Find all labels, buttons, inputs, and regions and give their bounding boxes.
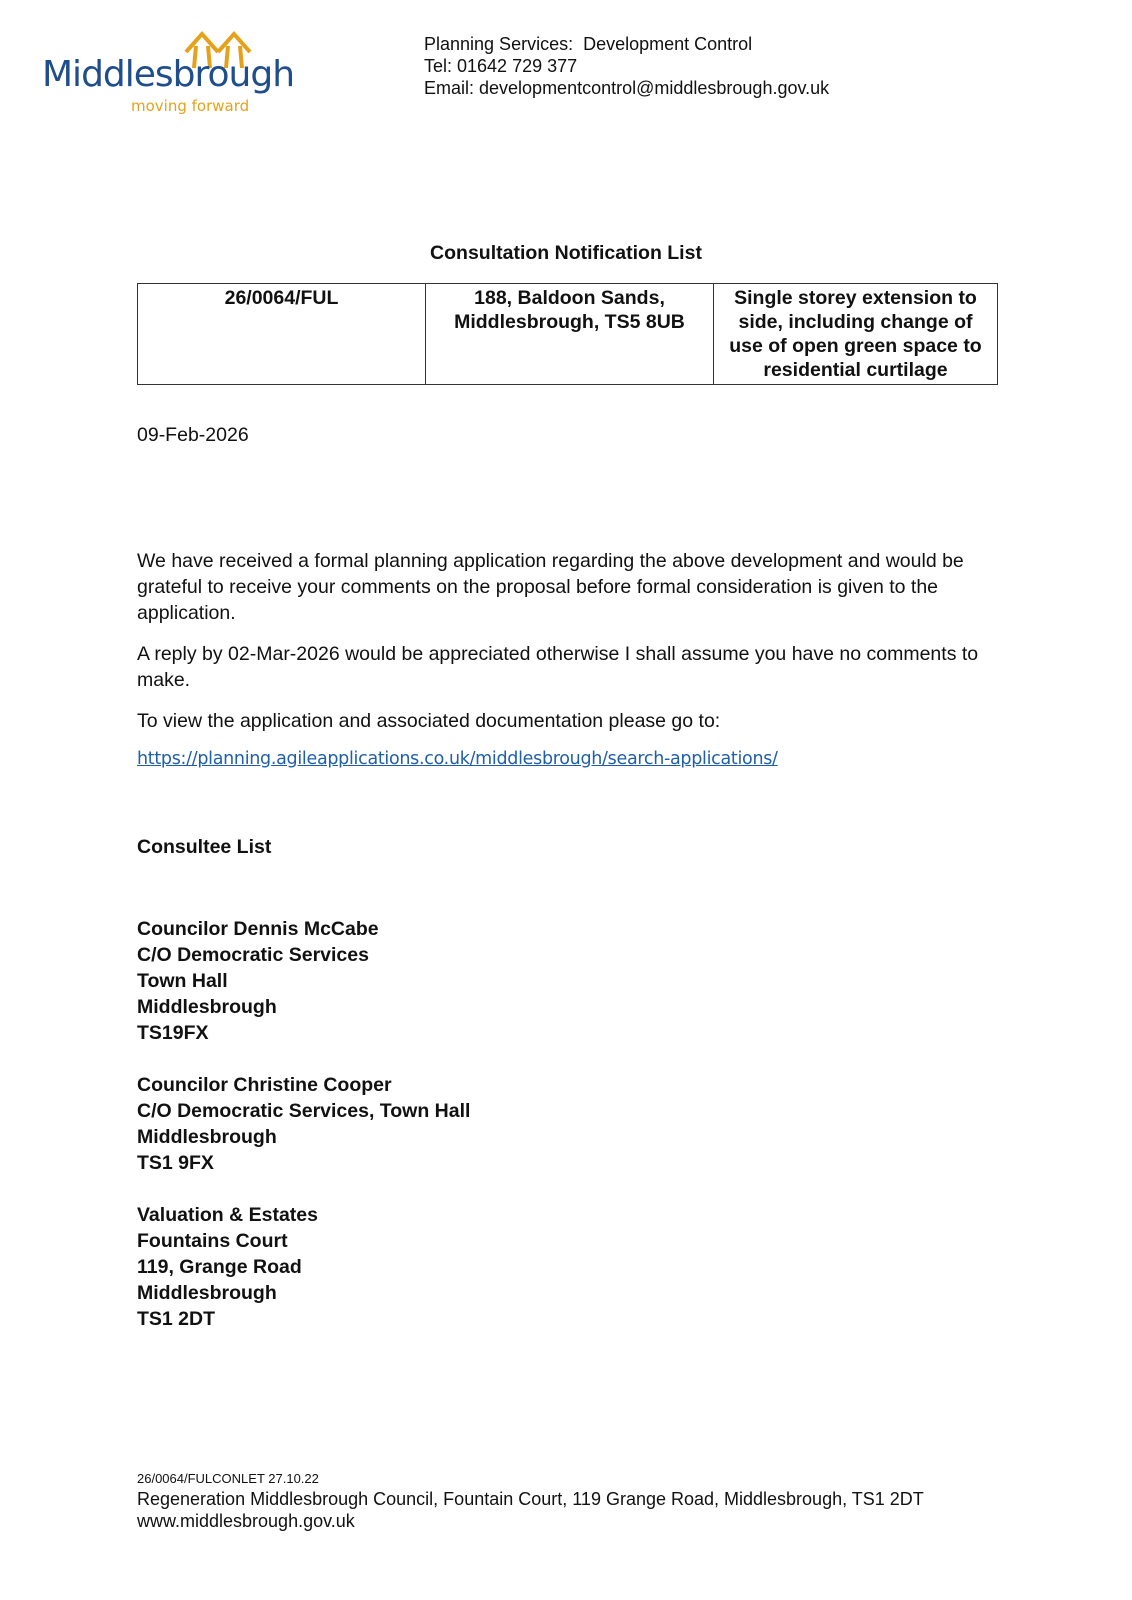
consultee-entry: Valuation & Estates Fountains Court 119,… [137, 1202, 318, 1332]
consultee-postcode: TS1 2DT [137, 1306, 318, 1332]
application-description: Single storey extension to side, includi… [714, 284, 998, 385]
footer-website[interactable]: www.middlesbrough.gov.uk [137, 1510, 924, 1532]
footer-reference: 26/0064/FULCONLET 27.10.22 [137, 1471, 319, 1486]
footer-block: Regeneration Middlesbrough Council, Foun… [137, 1488, 924, 1532]
consultee-address-line: 119, Grange Road [137, 1254, 318, 1280]
applications-link[interactable]: https://planning.agileapplications.co.uk… [137, 749, 778, 769]
consultee-address-line: Fountains Court [137, 1228, 318, 1254]
view-instructions-paragraph: To view the application and associated d… [137, 708, 1007, 734]
consultee-address-line: Middlesbrough [137, 1124, 470, 1150]
email[interactable]: Email: developmentcontrol@middlesbrough.… [424, 77, 829, 99]
application-table: 26/0064/FUL 188, Baldoon Sands, Middlesb… [137, 283, 998, 385]
consultee-address-line: Middlesbrough [137, 1280, 318, 1306]
consultee-address-line: C/O Democratic Services, Town Hall [137, 1098, 470, 1124]
page-title: Consultation Notification List [0, 242, 1132, 265]
contact-block: Planning Services: Development Control T… [424, 33, 829, 99]
footer-address: Regeneration Middlesbrough Council, Foun… [137, 1488, 924, 1510]
telephone: Tel: 01642 729 377 [424, 55, 829, 77]
consultee-entry: Councilor Christine Cooper C/O Democrati… [137, 1072, 470, 1176]
reply-deadline-paragraph: A reply by 02-Mar-2026 would be apprecia… [137, 641, 1007, 693]
logo-tagline: moving forward [131, 97, 249, 115]
application-reference: 26/0064/FUL [138, 284, 426, 385]
consultee-name: Councilor Dennis McCabe [137, 916, 379, 942]
council-logo: Middlesbrough moving forward [40, 30, 300, 120]
consultee-name: Valuation & Estates [137, 1202, 318, 1228]
logo-wordmark: Middlesbrough [42, 54, 294, 95]
consultee-postcode: TS1 9FX [137, 1150, 470, 1176]
intro-paragraph: We have received a formal planning appli… [137, 548, 1007, 626]
table-row: 26/0064/FUL 188, Baldoon Sands, Middlesb… [138, 284, 998, 385]
consultee-address-line: Middlesbrough [137, 994, 379, 1020]
consultee-postcode: TS19FX [137, 1020, 379, 1046]
consultee-name: Councilor Christine Cooper [137, 1072, 470, 1098]
consultee-list-title: Consultee List [137, 836, 271, 859]
consultee-address-line: C/O Democratic Services [137, 942, 379, 968]
application-address: 188, Baldoon Sands, Middlesbrough, TS5 8… [426, 284, 714, 385]
department: Planning Services: Development Control [424, 33, 829, 55]
consultee-address-line: Town Hall [137, 968, 379, 994]
letter-date: 09-Feb-2026 [137, 424, 249, 447]
consultee-entry: Councilor Dennis McCabe C/O Democratic S… [137, 916, 379, 1046]
